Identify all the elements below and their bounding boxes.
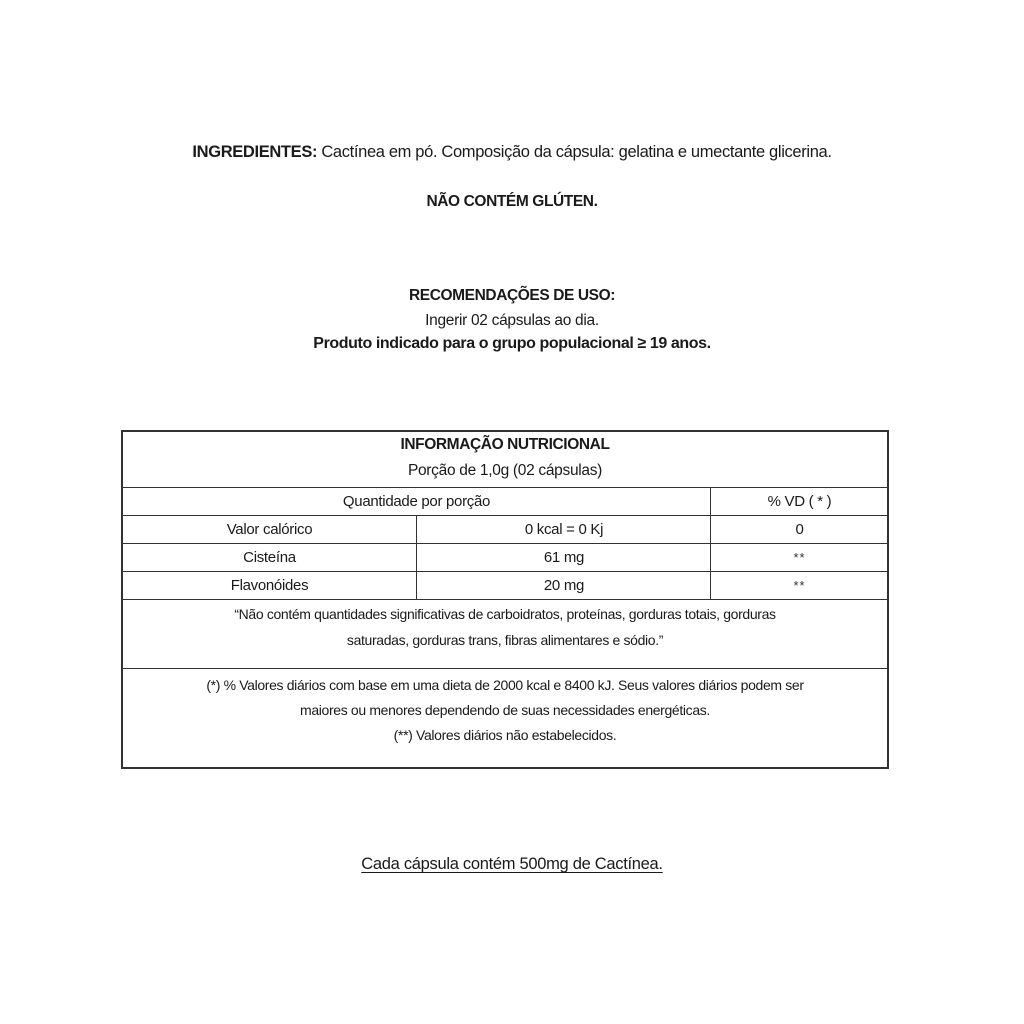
nutrition-table: INFORMAÇÃO NUTRICIONAL Porção de 1,0g (0…: [121, 430, 889, 769]
ingredients-text: Cactínea em pó. Composição da cápsula: g…: [317, 143, 831, 161]
column-divider: [416, 571, 417, 599]
nutrition-table-title: INFORMAÇÃO NUTRICIONAL: [123, 436, 887, 454]
nutrient-amount: 61 mg: [418, 543, 710, 571]
nutrient-dv: **: [712, 543, 887, 571]
footnotes: (*) % Valores diários com base em uma di…: [123, 669, 887, 767]
footnote-line: (*) % Valores diários com base em uma di…: [123, 673, 887, 698]
footnote-line: maiores ou menores dependendo de suas ne…: [123, 698, 887, 723]
nutrient-name: Valor calórico: [123, 515, 416, 543]
not-significant-note: “Não contém quantidades significativas d…: [123, 599, 887, 669]
nutrition-table-title-block: INFORMAÇÃO NUTRICIONAL Porção de 1,0g (0…: [123, 432, 887, 488]
column-divider: [710, 515, 711, 543]
nutrient-amount: 20 mg: [418, 571, 710, 599]
column-divider: [416, 515, 417, 543]
header-dv: % VD ( * ): [712, 487, 887, 515]
column-divider: [710, 543, 711, 571]
not-significant-line: saturadas, gorduras trans, fibras alimen…: [123, 627, 887, 653]
not-significant-line: “Não contém quantidades significativas d…: [123, 601, 887, 627]
table-row: Cisteína 61 mg **: [123, 543, 887, 572]
nutrient-amount: 0 kcal = 0 Kj: [418, 515, 710, 543]
nutrient-dv: 0: [712, 515, 887, 543]
usage-title: RECOMENDAÇÕES DE USO:: [0, 287, 1024, 305]
usage-audience: Produto indicado para o grupo populacion…: [0, 335, 1024, 353]
capsule-note-text: Cada cápsula contém 500mg de Cactínea.: [361, 855, 662, 873]
nutrient-dv: **: [712, 571, 887, 599]
nutrient-name: Cisteína: [123, 543, 416, 571]
ingredients-line: INGREDIENTES: Cactínea em pó. Composição…: [0, 143, 1024, 162]
table-row: Valor calórico 0 kcal = 0 Kj 0: [123, 515, 887, 544]
nutrient-name: Flavonóides: [123, 571, 416, 599]
nutrition-table-header-row: Quantidade por porção % VD ( * ): [123, 487, 887, 516]
nutrition-table-serving: Porção de 1,0g (02 cápsulas): [123, 462, 887, 480]
ingredients-label: INGREDIENTES:: [192, 143, 317, 161]
capsule-note: Cada cápsula contém 500mg de Cactínea.: [0, 855, 1024, 874]
footnote-line: (**) Valores diários não estabelecidos.: [123, 723, 887, 748]
gluten-notice: NÃO CONTÉM GLÚTEN.: [0, 193, 1024, 211]
usage-dose: Ingerir 02 cápsulas ao dia.: [0, 312, 1024, 330]
table-row: Flavonóides 20 mg **: [123, 571, 887, 600]
column-divider: [710, 487, 711, 515]
header-quantity: Quantidade por porção: [123, 487, 710, 515]
column-divider: [416, 543, 417, 571]
column-divider: [710, 571, 711, 599]
